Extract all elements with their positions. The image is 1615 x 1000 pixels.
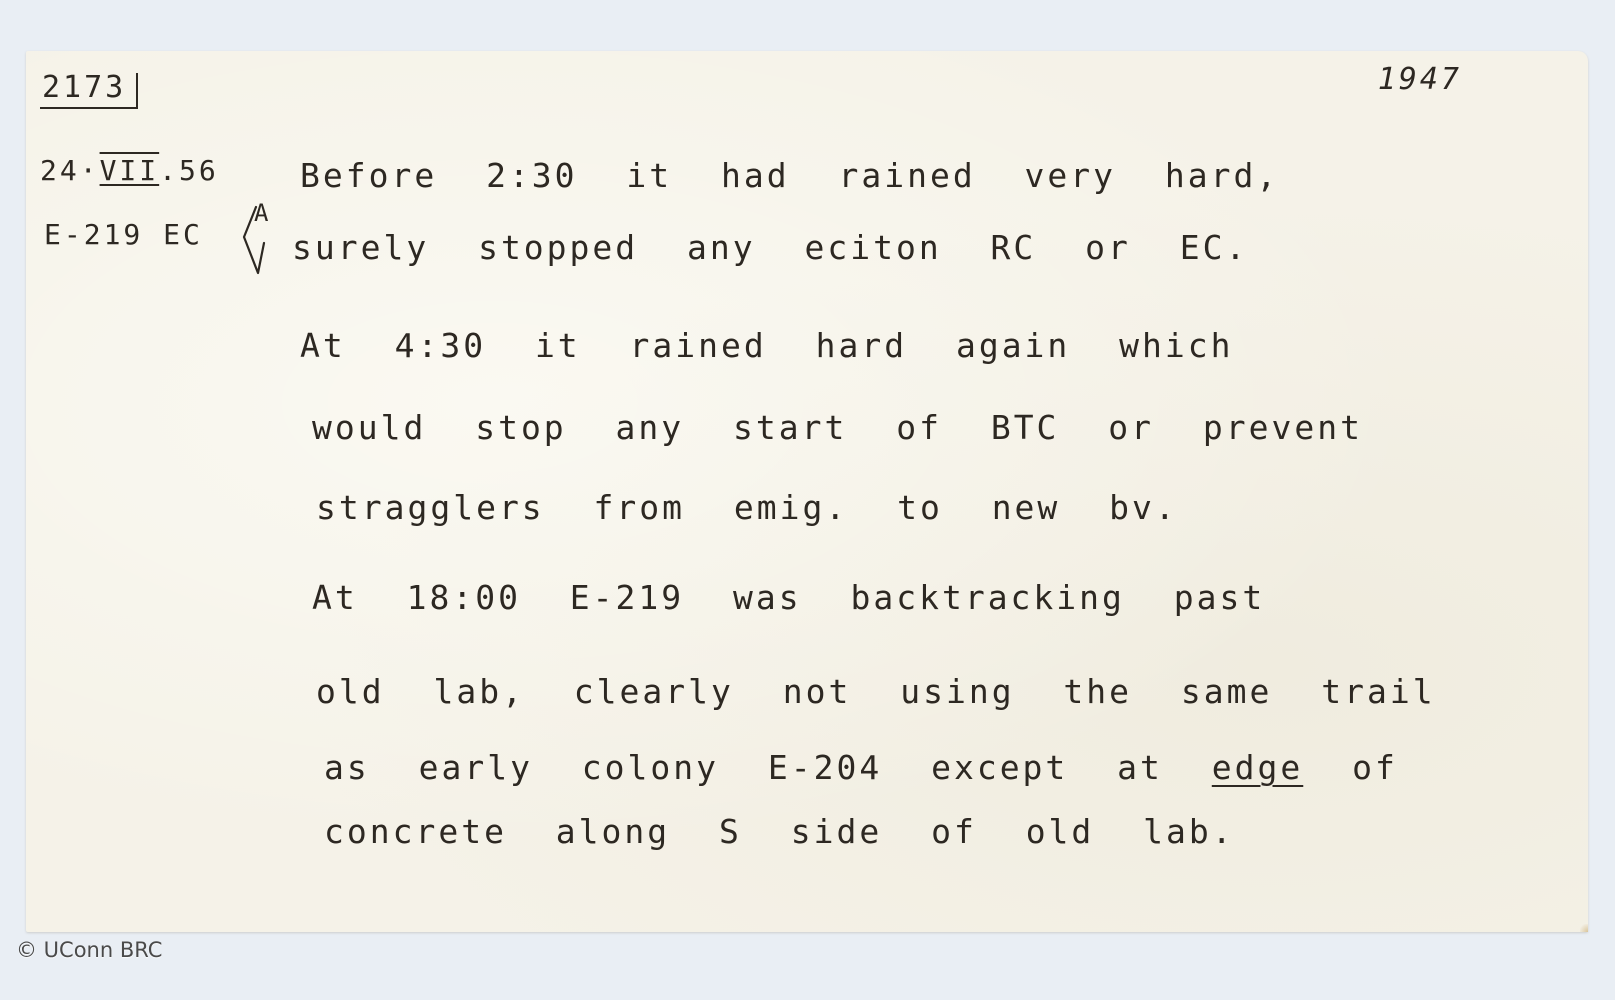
- date-separator: .: [159, 154, 179, 187]
- copyright-notice: © UConn BRC: [16, 938, 162, 962]
- observation-date: 24·VII.56: [40, 157, 219, 185]
- date-day: 24: [40, 154, 80, 187]
- colony-id: E-219 EC: [44, 221, 203, 249]
- catalog-number: 2173: [40, 73, 138, 109]
- note-line-4: would stop any start of BTC or prevent: [312, 411, 1363, 444]
- note-line-2: surely stopped any eciton RC or EC.: [292, 231, 1248, 264]
- note-line-6: At 18:00 E-219 was backtracking past: [312, 581, 1265, 614]
- note-line-8-text: as early colony E-204 except at: [324, 748, 1163, 787]
- note-line-5: stragglers from emig. to new bv.: [316, 491, 1178, 524]
- date-month: VII: [100, 154, 160, 187]
- underlined-word-edge: edge: [1212, 748, 1303, 787]
- note-line-3: At 4:30 it rained hard again which: [300, 329, 1234, 362]
- brace-label: A: [254, 201, 271, 225]
- year-label: 1947: [1378, 65, 1462, 95]
- note-line-7: old lab, clearly not using the same trai…: [316, 675, 1436, 708]
- note-line-8: as early colony E-204 except at edge of: [324, 751, 1398, 784]
- note-line-1: Before 2:30 it had rained very hard,: [300, 159, 1279, 192]
- date-year: 56: [179, 154, 219, 187]
- date-separator: ·: [80, 154, 100, 187]
- note-line-9: concrete along S side of old lab.: [324, 815, 1235, 848]
- note-line-8-tail: of: [1352, 748, 1398, 787]
- archival-index-card: 2173 1947 24·VII.56 E-219 EC A Before 2:…: [26, 51, 1588, 932]
